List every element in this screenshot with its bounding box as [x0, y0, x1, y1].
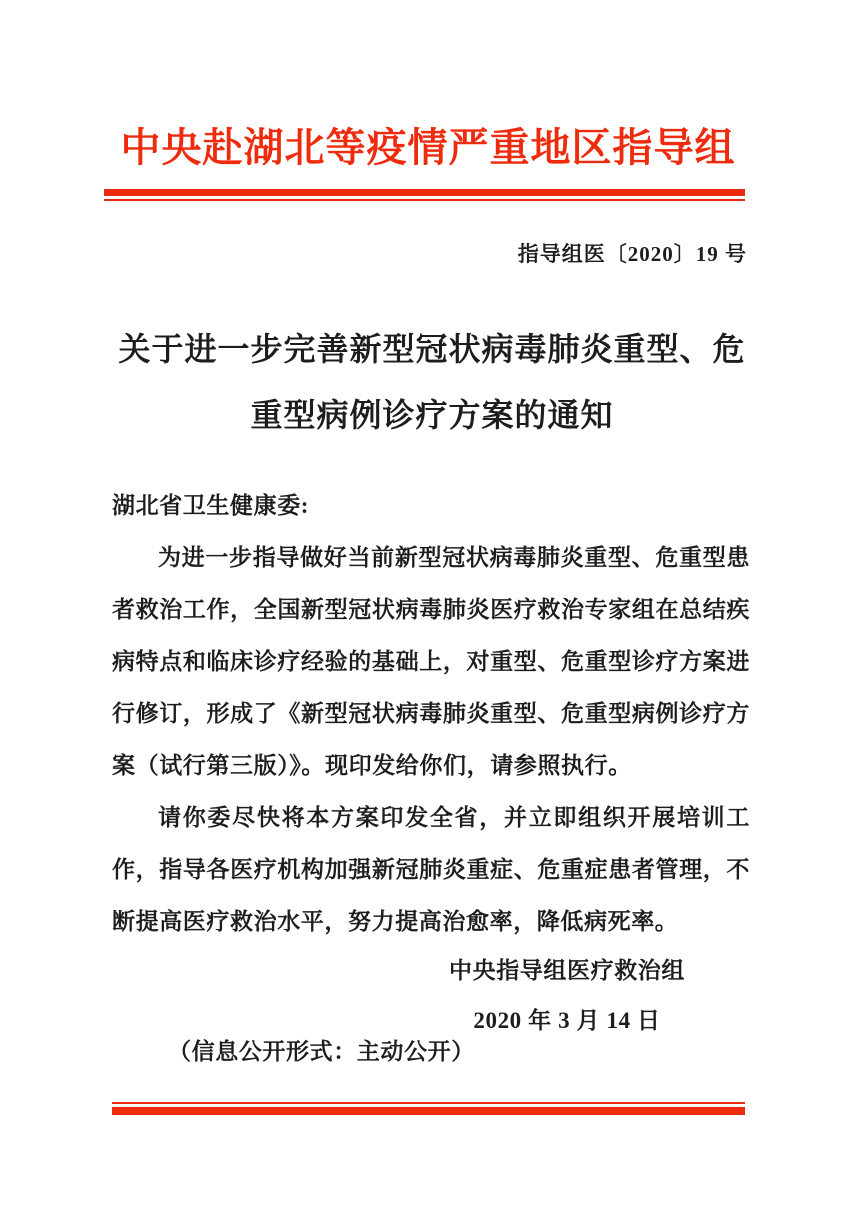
header-divider-thin-line	[104, 199, 745, 201]
doc-title: 关于进一步完善新型冠状病毒肺炎重型、危 重型病例诊疗方案的通知	[104, 316, 760, 448]
doc-title-line-2: 重型病例诊疗方案的通知	[104, 382, 760, 448]
footer-divider-thick-line	[112, 1107, 745, 1115]
header-divider	[104, 189, 745, 201]
disclosure-note: （信息公开形式：主动公开）	[168, 1030, 475, 1074]
doc-title-line-1: 关于进一步完善新型冠状病毒肺炎重型、危	[104, 316, 760, 382]
document-header-org: 中央赴湖北等疫情严重地区指导组	[104, 120, 752, 176]
paragraph-1: 为进一步指导做好当前新型冠状病毒肺炎重型、危重型患者救治工作，全国新型冠状病毒肺…	[112, 532, 750, 792]
doc-number: 指导组医〔2020〕19 号	[112, 238, 747, 270]
signature-block: 中央指导组医疗救治组 2020 年 3 月 14 日	[449, 950, 685, 1042]
footer-divider	[112, 1102, 745, 1115]
paragraph-2: 请你委尽快将本方案印发全省，并立即组织开展培训工作，指导各医疗机构加强新冠肺炎重…	[112, 792, 750, 948]
document-page: 中央赴湖北等疫情严重地区指导组 指导组医〔2020〕19 号 关于进一步完善新型…	[0, 0, 865, 1223]
header-divider-thick-line	[104, 189, 745, 196]
document-body: 湖北省卫生健康委: 为进一步指导做好当前新型冠状病毒肺炎重型、危重型患者救治工作…	[112, 480, 750, 948]
signature-date: 2020 年 3 月 14 日	[473, 1000, 660, 1042]
salutation: 湖北省卫生健康委:	[112, 480, 750, 532]
signature-org: 中央指导组医疗救治组	[449, 950, 685, 992]
